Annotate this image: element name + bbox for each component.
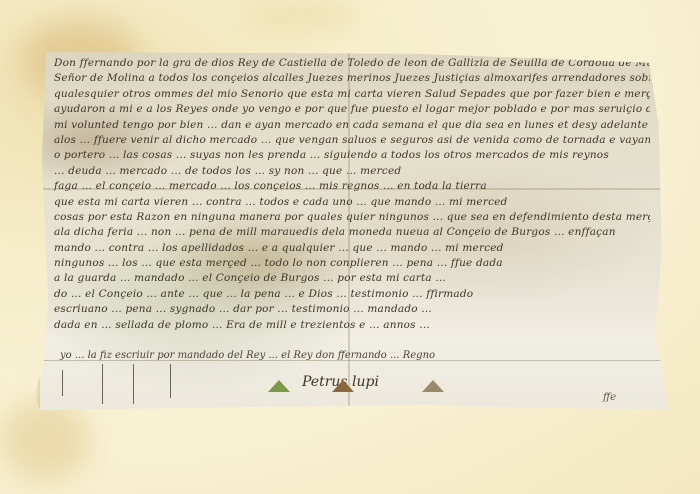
notary-mark: ffe — [603, 392, 616, 403]
text-line: ayudaron a mi e a los Reyes onde yo veng… — [54, 102, 650, 117]
text-line: Señor de Molina a todos los conçeios alc… — [54, 71, 650, 86]
ascender-stroke — [170, 364, 171, 398]
text-line: qualesquier otros ommes del mio Senorio … — [54, 87, 650, 102]
text-line: mando ... contra ... los apellidados ...… — [54, 241, 650, 256]
text-line: cosas por esta Razon en ninguna manera p… — [54, 210, 650, 225]
text-line: mi volunted tengo por bien ... dan e aya… — [54, 118, 650, 133]
text-line: a la guarda ... mandado ... el Conçeio d… — [54, 271, 650, 286]
background-stain — [0, 400, 90, 480]
seal-slit-left — [268, 380, 290, 392]
text-line: ningunos ... los ... que esta merçed ...… — [54, 256, 650, 271]
ascender-stroke — [62, 370, 63, 396]
text-line: do ... el Conçeio ... ante ... que ... l… — [54, 287, 650, 302]
text-line: ala dicha feria ... non ... pena de mill… — [54, 225, 650, 240]
ascender-stroke — [102, 364, 103, 404]
seal-slit-right — [422, 380, 444, 392]
text-line: Don ffernando por la gra de dios Rey de … — [54, 56, 650, 71]
text-line: faga ... el conçeio ... mercado ... los … — [54, 179, 650, 194]
charter-text-block: Don ffernando por la gra de dios Rey de … — [54, 56, 650, 333]
parchment-charter: Don ffernando por la gra de dios Rey de … — [40, 52, 668, 410]
text-line: o portero ... las cosas ... suyas non le… — [54, 148, 650, 163]
text-line: escriuano ... pena ... sygnado ... dar p… — [54, 302, 650, 317]
ascender-stroke — [133, 364, 134, 404]
text-line: dada en ... sellada de plomo ... Era de … — [54, 318, 650, 333]
background-stain — [240, 0, 360, 30]
closing-line: yo ... la fiz escriuir por mandado del R… — [60, 350, 628, 361]
text-line: que esta mi carta vieren ... contra ... … — [54, 195, 650, 210]
text-line: ... deuda ... mercado ... de todos los .… — [54, 164, 650, 179]
text-line: alos ... ffuere venir al dicho mercado .… — [54, 133, 650, 148]
